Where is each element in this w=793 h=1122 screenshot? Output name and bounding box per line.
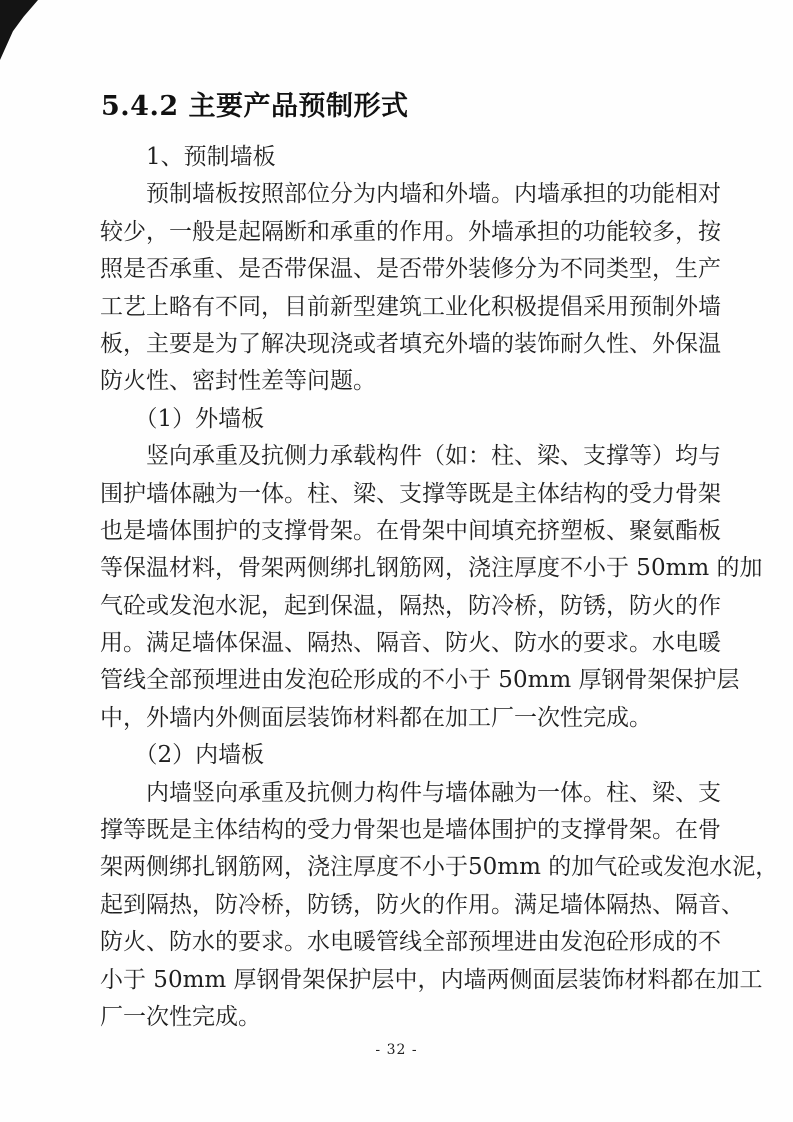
body-text-line: 架两侧绑扎钢筋网，浇注厚度不小于50mm 的加气砼或发泡水泥， [100, 849, 700, 886]
body-text-line: 撑等既是主体结构的受力骨架也是墙体围护的支撑骨架。在骨 [100, 812, 700, 849]
body-text-line: 也是墙体围护的支撑骨架。在骨架中间填充挤塑板、聚氨酯板 [100, 513, 700, 550]
document-page: 5.4.2 主要产品预制形式 1、预制墙板 预制墙板按照部位分为内墙和外墙。内墙… [0, 0, 793, 1122]
body-text-line: （1）外墙板 [100, 401, 700, 438]
body-text-line: 厂一次性完成。 [100, 999, 700, 1036]
body-text-line: 内墙竖向承重及抗侧力构件与墙体融为一体。柱、梁、支 [100, 775, 700, 812]
body-text-line: 防火、防水的要求。水电暖管线全部预埋进由发泡砼形成的不 [100, 924, 700, 961]
body-text-line: 起到隔热，防冷桥，防锈，防火的作用。满足墙体隔热、隔音、 [100, 887, 700, 924]
section-heading: 5.4.2 主要产品预制形式 [101, 90, 409, 124]
body-text-line: 预制墙板按照部位分为内墙和外墙。内墙承担的功能相对 [100, 176, 700, 213]
body-text: 1、预制墙板 预制墙板按照部位分为内墙和外墙。内墙承担的功能相对较少，一般是起隔… [100, 139, 700, 1036]
body-text-line: 气砼或发泡水泥，起到保温，隔热，防冷桥，防锈，防火的作 [100, 588, 700, 625]
body-text-line: 较少，一般是起隔断和承重的作用。外墙承担的功能较多，按 [100, 214, 700, 251]
body-text-line: 照是否承重、是否带保温、是否带外装修分为不同类型，生产 [100, 251, 700, 288]
body-text-line: 用。满足墙体保温、隔热、隔音、防火、防水的要求。水电暖 [100, 625, 700, 662]
body-text-line: 小于 50mm 厚钢骨架保护层中，内墙两侧面层装饰材料都在加工 [100, 962, 700, 999]
body-text-line: 竖向承重及抗侧力承载构件（如：柱、梁、支撑等）均与 [100, 438, 700, 475]
body-text-line: 1、预制墙板 [100, 139, 700, 176]
body-text-line: 中，外墙内外侧面层装饰材料都在加工厂一次性完成。 [100, 700, 700, 737]
body-text-line: 围护墙体融为一体。柱、梁、支撑等既是主体结构的受力骨架 [100, 476, 700, 513]
body-text-line: 管线全部预埋进由发泡砼形成的不小于 50mm 厚钢骨架保护层 [100, 662, 700, 699]
body-text-line: 板，主要是为了解决现浇或者填充外墙的装饰耐久性、外保温 [100, 326, 700, 363]
body-text-line: 等保温材料，骨架两侧绑扎钢筋网，浇注厚度不小于 50mm 的加 [100, 550, 700, 587]
scan-corner-artifact [0, 0, 38, 60]
body-text-line: 防火性、密封性差等问题。 [100, 363, 700, 400]
body-text-line: （2）内墙板 [100, 737, 700, 774]
body-text-line: 工艺上略有不同，目前新型建筑工业化积极提倡采用预制外墙 [100, 289, 700, 326]
page-number: - 32 - [0, 1042, 793, 1058]
